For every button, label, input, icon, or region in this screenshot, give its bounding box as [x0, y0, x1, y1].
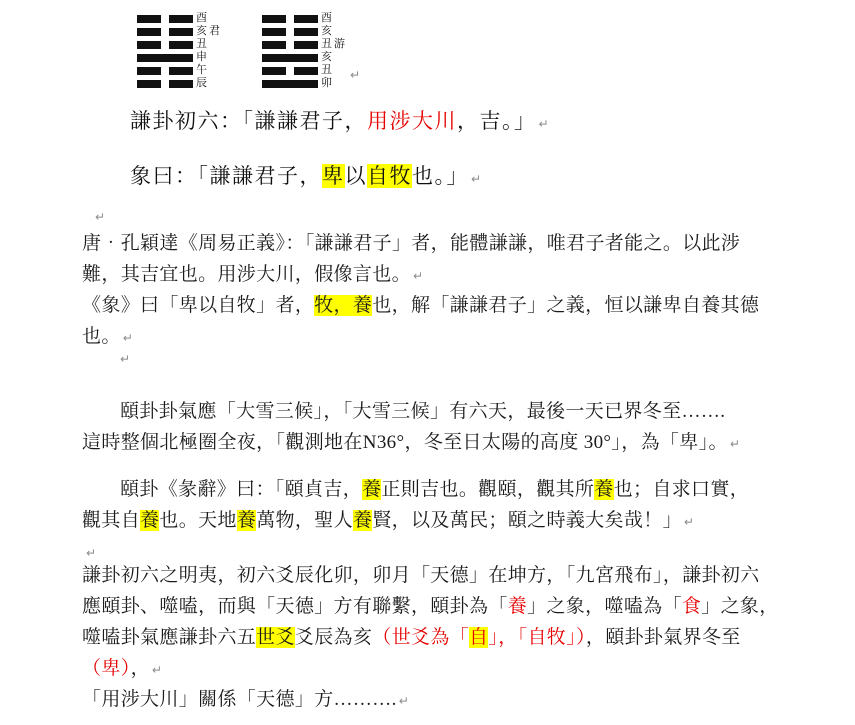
- yang-line-bar: [137, 54, 193, 62]
- text-segment: 用涉大川: [367, 109, 457, 133]
- yin-line-bar: [137, 80, 193, 88]
- line-marker: 游: [334, 39, 345, 50]
- line-marker: 君: [209, 26, 220, 37]
- text-segment: 養: [508, 596, 527, 617]
- yin-line-bar: [137, 67, 193, 75]
- text-segment: 這時整個北極圈全夜，「觀測地在N36°，冬至日太陽的高度 30°」，為「卑」。: [82, 432, 728, 453]
- hexagram-line: 卯: [262, 77, 345, 90]
- text-segment: 以: [345, 164, 368, 188]
- text-segment: 象曰：「謙謙君子，: [130, 164, 322, 188]
- paragraph-mark: ↵: [348, 68, 360, 82]
- empty-paragraph-mark: ↵: [118, 352, 130, 366]
- paragraph-mingyi-analysis: 謙卦初六之明夷，初六爻辰化卯，卯月「天德」在坤方，「九宮飛布」，謙卦初六應頤卦、…: [82, 560, 782, 686]
- yin-line-bar: [262, 41, 318, 49]
- text-segment: 養: [237, 510, 256, 531]
- yin-line-bar: [262, 15, 318, 23]
- text-segment: 世爻: [256, 627, 295, 648]
- document-page: 酉亥君丑申午辰 酉亥丑游亥丑卯 ↵ 謙卦初六：「謙謙君子，用涉大川，吉。」↵ 象…: [0, 0, 855, 725]
- hexagram-line: 午: [137, 64, 220, 77]
- yin-line-bar: [262, 28, 318, 36]
- paragraph-xiang-commentary: 《象》曰「卑以自牧」者，牧，養也，解「謙謙君子」之義，恒以謙卑自養其德也。↵: [82, 290, 782, 354]
- paragraph-mark: ↵: [150, 663, 162, 677]
- text-segment: 唐‧孔穎達《周易正義》：「謙謙君子」者，能體謙謙，唯君子者能之。以此涉: [82, 233, 740, 254]
- paragraph-mark: ↵: [537, 117, 549, 131]
- text-segment: 頤卦卦氣應「大雪三候」，「大雪三候」有六天，最後一天已界冬至…….: [120, 401, 725, 422]
- text-segment: 養: [353, 510, 372, 531]
- hexagram-line: 亥: [262, 51, 345, 64]
- paragraph-mark: ↵: [84, 546, 96, 560]
- earthly-branch-label: 午: [196, 65, 207, 76]
- text-segment: 牧，養: [314, 295, 372, 316]
- earthly-branch-label: 酉: [321, 13, 332, 24]
- earthly-branch-label: 亥: [321, 26, 332, 37]
- hexagram-qian-modesty: 酉亥君丑申午辰: [137, 12, 220, 90]
- hexagram-line: 丑游: [262, 38, 345, 51]
- text-segment: 觀其自: [82, 510, 140, 531]
- text-segment: ，吉。」: [457, 109, 537, 133]
- hexagram-line: 申: [137, 51, 220, 64]
- text-segment: 」之象，噬嗑為「: [527, 596, 682, 617]
- text-segment: 也。天地: [159, 510, 236, 531]
- paragraph-mark: ↵: [348, 68, 360, 82]
- earthly-branch-label: 丑: [321, 39, 332, 50]
- text-segment: ，頤卦卦氣界冬至: [586, 627, 741, 648]
- earthly-branch-label: 亥: [196, 26, 207, 37]
- paragraph-mark: ↵: [728, 437, 740, 451]
- paragraph-mark: ↵: [411, 269, 423, 283]
- yang-line-bar: [262, 54, 318, 62]
- text-segment: ，: [131, 658, 150, 679]
- text-segment: 卑: [322, 164, 345, 188]
- paragraph-mark: ↵: [469, 172, 481, 186]
- hexagram-line: 亥: [262, 25, 345, 38]
- text-segment: 」，「自牧」）: [488, 627, 585, 648]
- earthly-branch-label: 丑: [321, 65, 332, 76]
- paragraph-kong-yingda: 唐‧孔穎達《周易正義》：「謙謙君子」者，能體謙謙，唯君子者能之。以此涉難，其吉宜…: [82, 228, 782, 292]
- hexagram-line: 丑: [137, 38, 220, 51]
- hexagram-line: 酉: [137, 12, 220, 25]
- text-segment: 難，其吉宜也。用涉大川，假像言也。: [82, 264, 411, 285]
- text-segment: 《象》曰「卑以自牧」者，: [82, 295, 314, 316]
- text-segment: 噬嗑卦氣應謙卦六五: [82, 627, 256, 648]
- text-segment: 應頤卦、噬嗑，而與「天德」方有聯繫，頤卦為「: [82, 596, 508, 617]
- text-segment: 萬物，聖人: [256, 510, 353, 531]
- text-segment: 謙卦初六：「謙謙君子，: [130, 109, 367, 133]
- text-segment: 也。: [82, 326, 121, 347]
- paragraph-mark: ↵: [682, 515, 694, 529]
- hexagram-line: 丑: [262, 64, 345, 77]
- yin-line-bar: [262, 67, 318, 75]
- paragraph-mark: ↵: [121, 331, 133, 345]
- text-segment: 爻辰為亥: [295, 627, 372, 648]
- text-segment: （世爻為「: [372, 627, 469, 648]
- text-segment: 養: [362, 479, 381, 500]
- text-segment: 謙卦初六之明夷，初六爻辰化卯，卯月「天德」在坤方，「九宮飛布」，謙卦初六: [82, 565, 760, 586]
- yin-line-bar: [137, 28, 193, 36]
- paragraph-tuan-ci: 頤卦《彖辭》曰：「頤貞吉，養正則吉也。觀頤，觀其所養也；自求口實，觀其自養也。天…: [82, 474, 782, 538]
- earthly-branch-label: 辰: [196, 78, 207, 89]
- hexagram-mingyi: 酉亥丑游亥丑卯: [262, 12, 345, 90]
- earthly-branch-label: 申: [196, 52, 207, 63]
- hexagram-line: 酉: [262, 12, 345, 25]
- text-segment: 賢，以及萬民；頤之時義大矣哉！」: [372, 510, 682, 531]
- text-segment: 養: [594, 479, 613, 500]
- earthly-branch-label: 酉: [196, 13, 207, 24]
- text-segment: 」之象，: [701, 596, 778, 617]
- hexagram-line: 亥君: [137, 25, 220, 38]
- text-segment: 頤卦《彖辭》曰：「頤貞吉，: [120, 479, 362, 500]
- paragraph-yong-she-da-chuan: 「用涉大川」關係「天德」方……….↵: [82, 684, 782, 717]
- text-segment: 也；自求口實，: [614, 479, 749, 500]
- yin-line-bar: [137, 41, 193, 49]
- paragraph-mark: ↵: [118, 352, 130, 366]
- text-segment: 也。」: [412, 164, 469, 188]
- text-segment: 自牧: [367, 164, 412, 188]
- earthly-branch-label: 亥: [321, 52, 332, 63]
- earthly-branch-label: 卯: [321, 78, 332, 89]
- hexagram-line-statement: 謙卦初六：「謙謙君子，用涉大川，吉。」↵: [130, 104, 549, 141]
- paragraph-mark: ↵: [397, 694, 409, 708]
- text-segment: 自: [469, 627, 488, 648]
- paragraph-yi-guaqi: 頤卦卦氣應「大雪三候」，「大雪三候」有六天，最後一天已界冬至…….這時整個北極圈…: [82, 396, 782, 460]
- yin-line-bar: [137, 15, 193, 23]
- text-segment: 正則吉也。觀頤，觀其所: [381, 479, 594, 500]
- text-segment: 食: [682, 596, 701, 617]
- earthly-branch-label: 丑: [196, 39, 207, 50]
- xiang-statement: 象曰：「謙謙君子，卑以自牧也。」↵: [130, 159, 481, 196]
- text-segment: 「用涉大川」關係「天德」方……….: [82, 689, 397, 710]
- text-segment: （卑）: [82, 658, 131, 679]
- yang-line-bar: [262, 80, 318, 88]
- empty-paragraph-mark: ↵: [84, 546, 96, 560]
- paragraph-mark: ↵: [93, 210, 105, 224]
- text-segment: 也，解「謙謙君子」之義，恒以謙卑自養其德: [372, 295, 759, 316]
- hexagram-line: 辰: [137, 77, 220, 90]
- empty-paragraph-mark: ↵: [93, 210, 105, 224]
- text-segment: 養: [140, 510, 159, 531]
